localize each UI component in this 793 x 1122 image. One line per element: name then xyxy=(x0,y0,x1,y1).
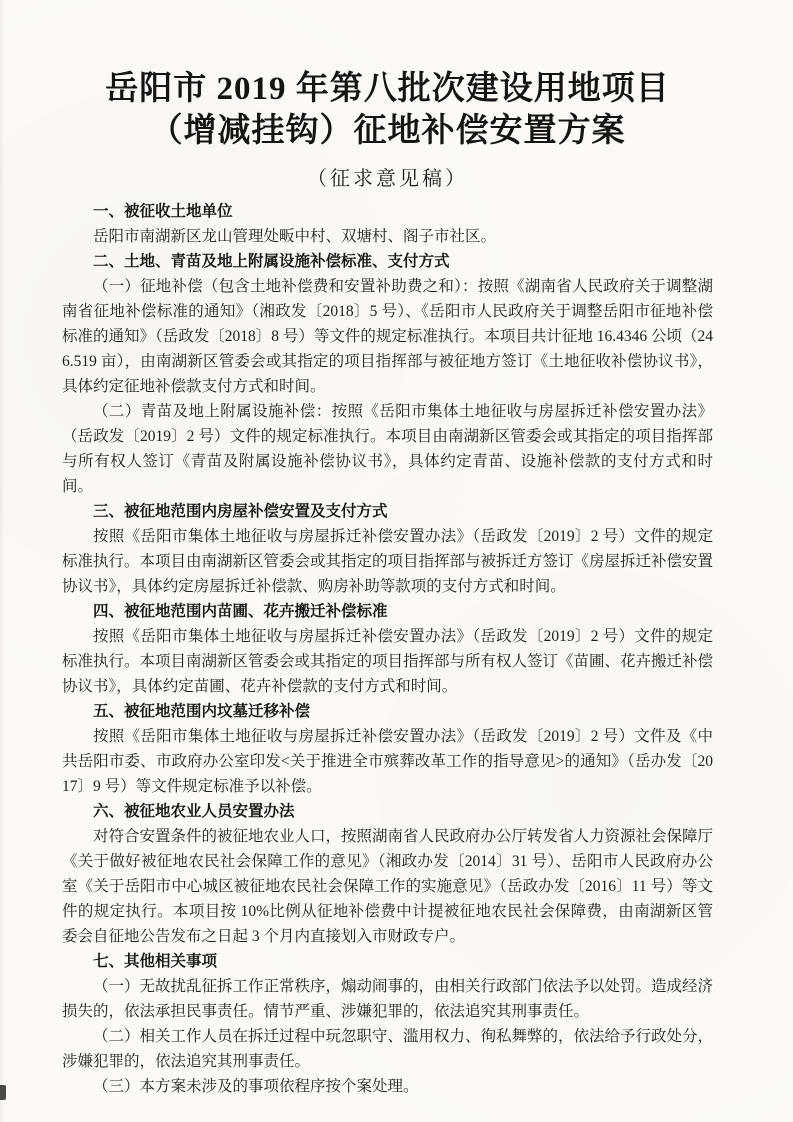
paragraph: （二）青苗及地上附属设施补偿：按照《岳阳市集体土地征收与房屋拆迁补偿安置办法》（… xyxy=(62,399,713,499)
paragraph: 按照《岳阳市集体土地征收与房屋拆迁补偿安置办法》（岳政发〔2019〕2 号）文件… xyxy=(62,524,713,599)
paragraph: 对符合安置条件的被征地农业人口，按照湖南省人民政府办公厅转发省人力资源社会保障厅… xyxy=(62,824,713,949)
document-subtitle: （征求意见稿） xyxy=(62,162,713,191)
section-heading-6: 六、被征地农业人员安置办法 xyxy=(62,799,713,824)
section-heading-4: 四、被征地范围内苗圃、花卉搬迁补偿标准 xyxy=(62,599,713,624)
section-heading-5: 五、被征地范围内坟墓迁移补偿 xyxy=(62,699,713,724)
document-page: 岳阳市 2019 年第八批次建设用地项目 （增减挂钩）征地补偿安置方案 （征求意… xyxy=(0,0,793,1122)
section-heading-2: 二、土地、青苗及地上附属设施补偿标准、支付方式 xyxy=(62,249,713,274)
section-heading-7: 七、其他相关事项 xyxy=(62,949,713,974)
section-heading-1: 一、被征收土地单位 xyxy=(62,199,713,224)
document-title-line2: （增减挂钩）征地补偿安置方案 xyxy=(62,110,713,152)
paragraph: 岳阳市南湖新区龙山管理处畈中村、双塘村、阁子市社区。 xyxy=(62,224,713,249)
document-title: 岳阳市 2019 年第八批次建设用地项目 （增减挂钩）征地补偿安置方案 xyxy=(62,68,713,152)
scan-artifact-mark xyxy=(0,1085,6,1100)
document-content: 岳阳市 2019 年第八批次建设用地项目 （增减挂钩）征地补偿安置方案 （征求意… xyxy=(0,0,793,1099)
paragraph: 按照《岳阳市集体土地征收与房屋拆迁补偿安置办法》（岳政发〔2019〕2 号）文件… xyxy=(62,624,713,699)
section-heading-3: 三、被征地范围内房屋补偿安置及支付方式 xyxy=(62,499,713,524)
document-title-line1: 岳阳市 2019 年第八批次建设用地项目 xyxy=(62,68,713,110)
paragraph: （一）征地补偿（包含土地补偿费和安置补助费之和）：按照《湖南省人民政府关于调整湖… xyxy=(62,274,713,399)
paragraph: （一）无故扰乱征拆工作正常秩序，煽动闹事的，由相关行政部门依法予以处罚。造成经济… xyxy=(62,974,713,1024)
paragraph: （三）本方案未涉及的事项依程序按个案处理。 xyxy=(62,1074,713,1099)
scan-edge-shadow xyxy=(0,0,4,1122)
paragraph: （二）相关工作人员在拆迁过程中玩忽职守、滥用权力、徇私舞弊的，依法给予行政处分，… xyxy=(62,1024,713,1074)
document-body: 一、被征收土地单位 岳阳市南湖新区龙山管理处畈中村、双塘村、阁子市社区。 二、土… xyxy=(62,199,713,1099)
paragraph: 按照《岳阳市集体土地征收与房屋拆迁补偿安置办法》（岳政发〔2019〕2 号）文件… xyxy=(62,724,713,799)
